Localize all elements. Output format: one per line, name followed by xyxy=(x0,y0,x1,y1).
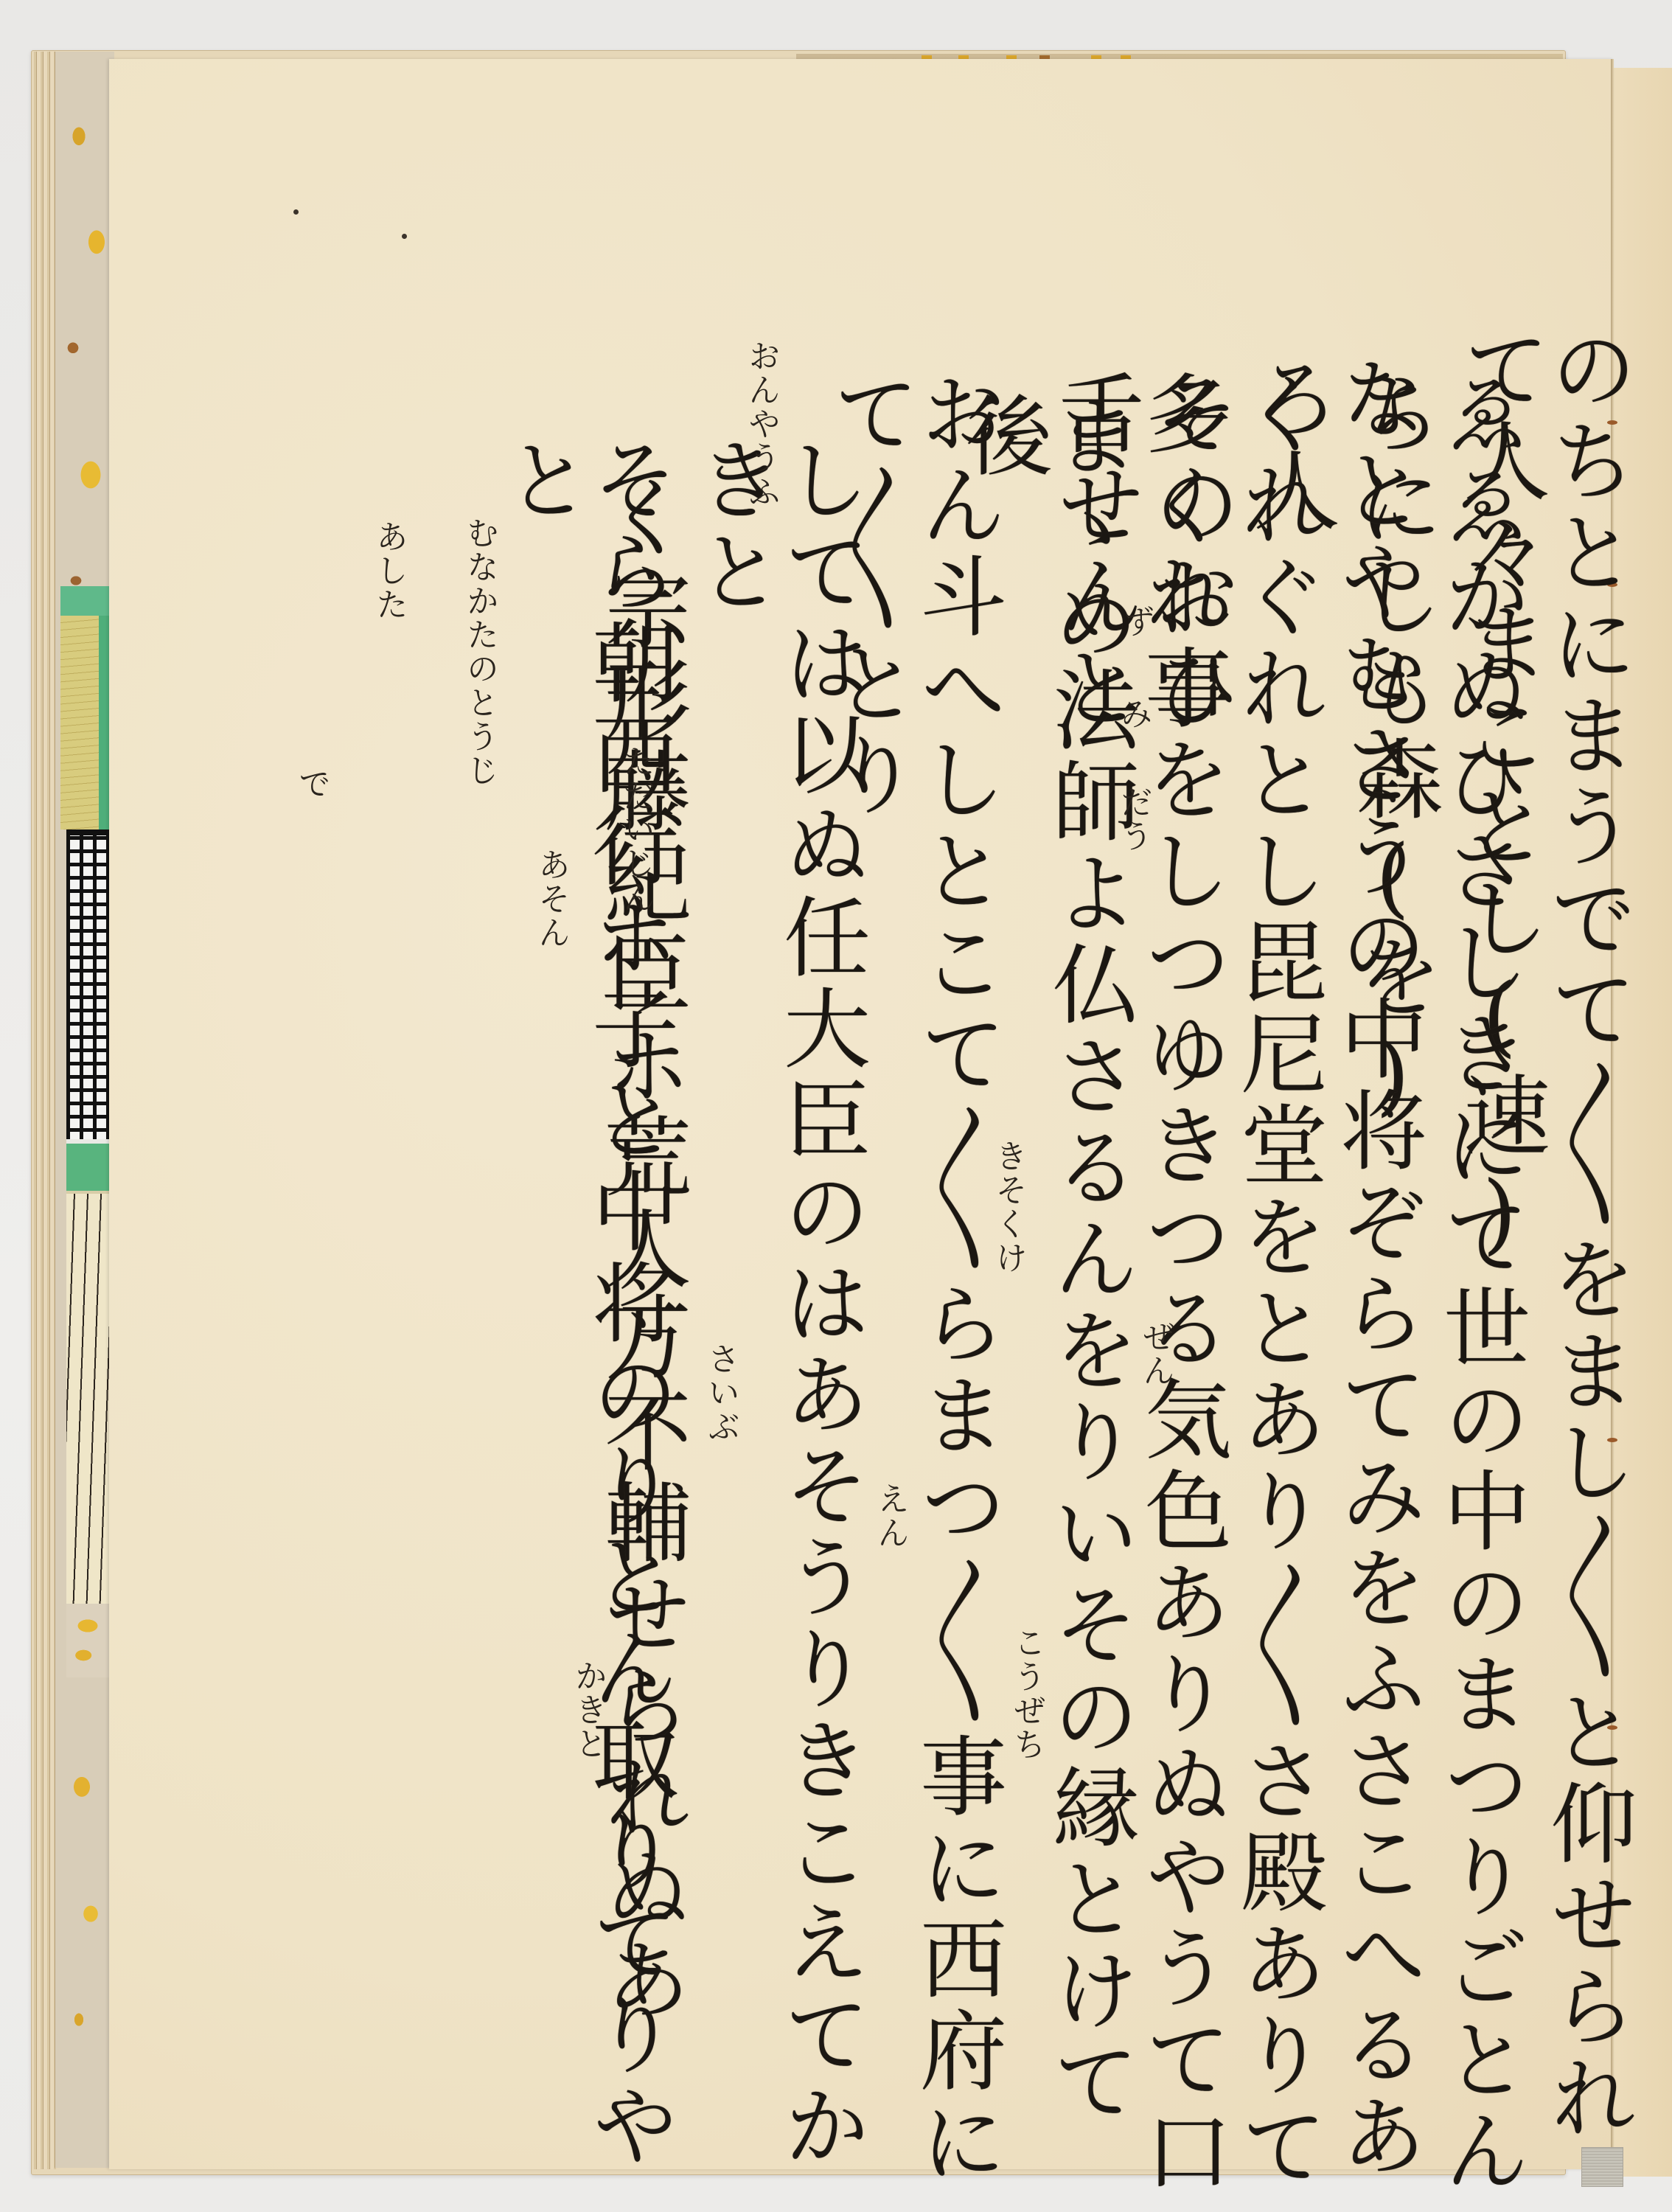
ink-speck xyxy=(293,209,299,215)
furigana: ず xyxy=(1119,605,1152,639)
furigana: さいぶ xyxy=(704,1342,736,1444)
illustration-tatami xyxy=(60,616,99,829)
illustration-green-border xyxy=(99,616,109,829)
manuscript-book: のちとにまうでて〳〵をまし〳〵と仰せられて人々まことし(速) ゑゑかぬひさしきに… xyxy=(0,0,1672,2212)
furigana: かきと xyxy=(571,1659,604,1761)
furigana: み xyxy=(1117,697,1149,731)
ink-speck xyxy=(402,234,407,239)
text-column-10: そら朝西行ホ子と中将のりとん取りてりやと xyxy=(498,435,672,2212)
furigana: あした xyxy=(372,520,405,622)
illustration-gold-cloud xyxy=(66,1604,109,1677)
furigana: で xyxy=(295,767,327,801)
furigana: むなかたのとうじ xyxy=(463,516,495,787)
furigana: えん xyxy=(874,1482,906,1550)
painted-illustration-fragment xyxy=(60,586,109,1677)
furigana: きそくけ xyxy=(992,1139,1024,1275)
furigana: だう xyxy=(1117,785,1149,853)
furigana: ぜん xyxy=(1139,1320,1171,1388)
furigana: おんやうふ xyxy=(745,339,777,509)
furigana: ただいじん xyxy=(619,745,652,914)
text-column-8: しては以ぬ任大臣のはあそうりきこえてかきと xyxy=(689,435,863,2212)
illustration-green-floor xyxy=(66,1139,109,1195)
illustration-green-roof xyxy=(60,586,109,617)
furigana: こうぜち xyxy=(1010,1626,1042,1761)
furigana: あそん xyxy=(534,848,567,950)
illustration-lattice-window xyxy=(66,829,109,1145)
stacked-page-edges xyxy=(34,52,56,2169)
illustration-slatted-screen xyxy=(66,1191,109,1607)
